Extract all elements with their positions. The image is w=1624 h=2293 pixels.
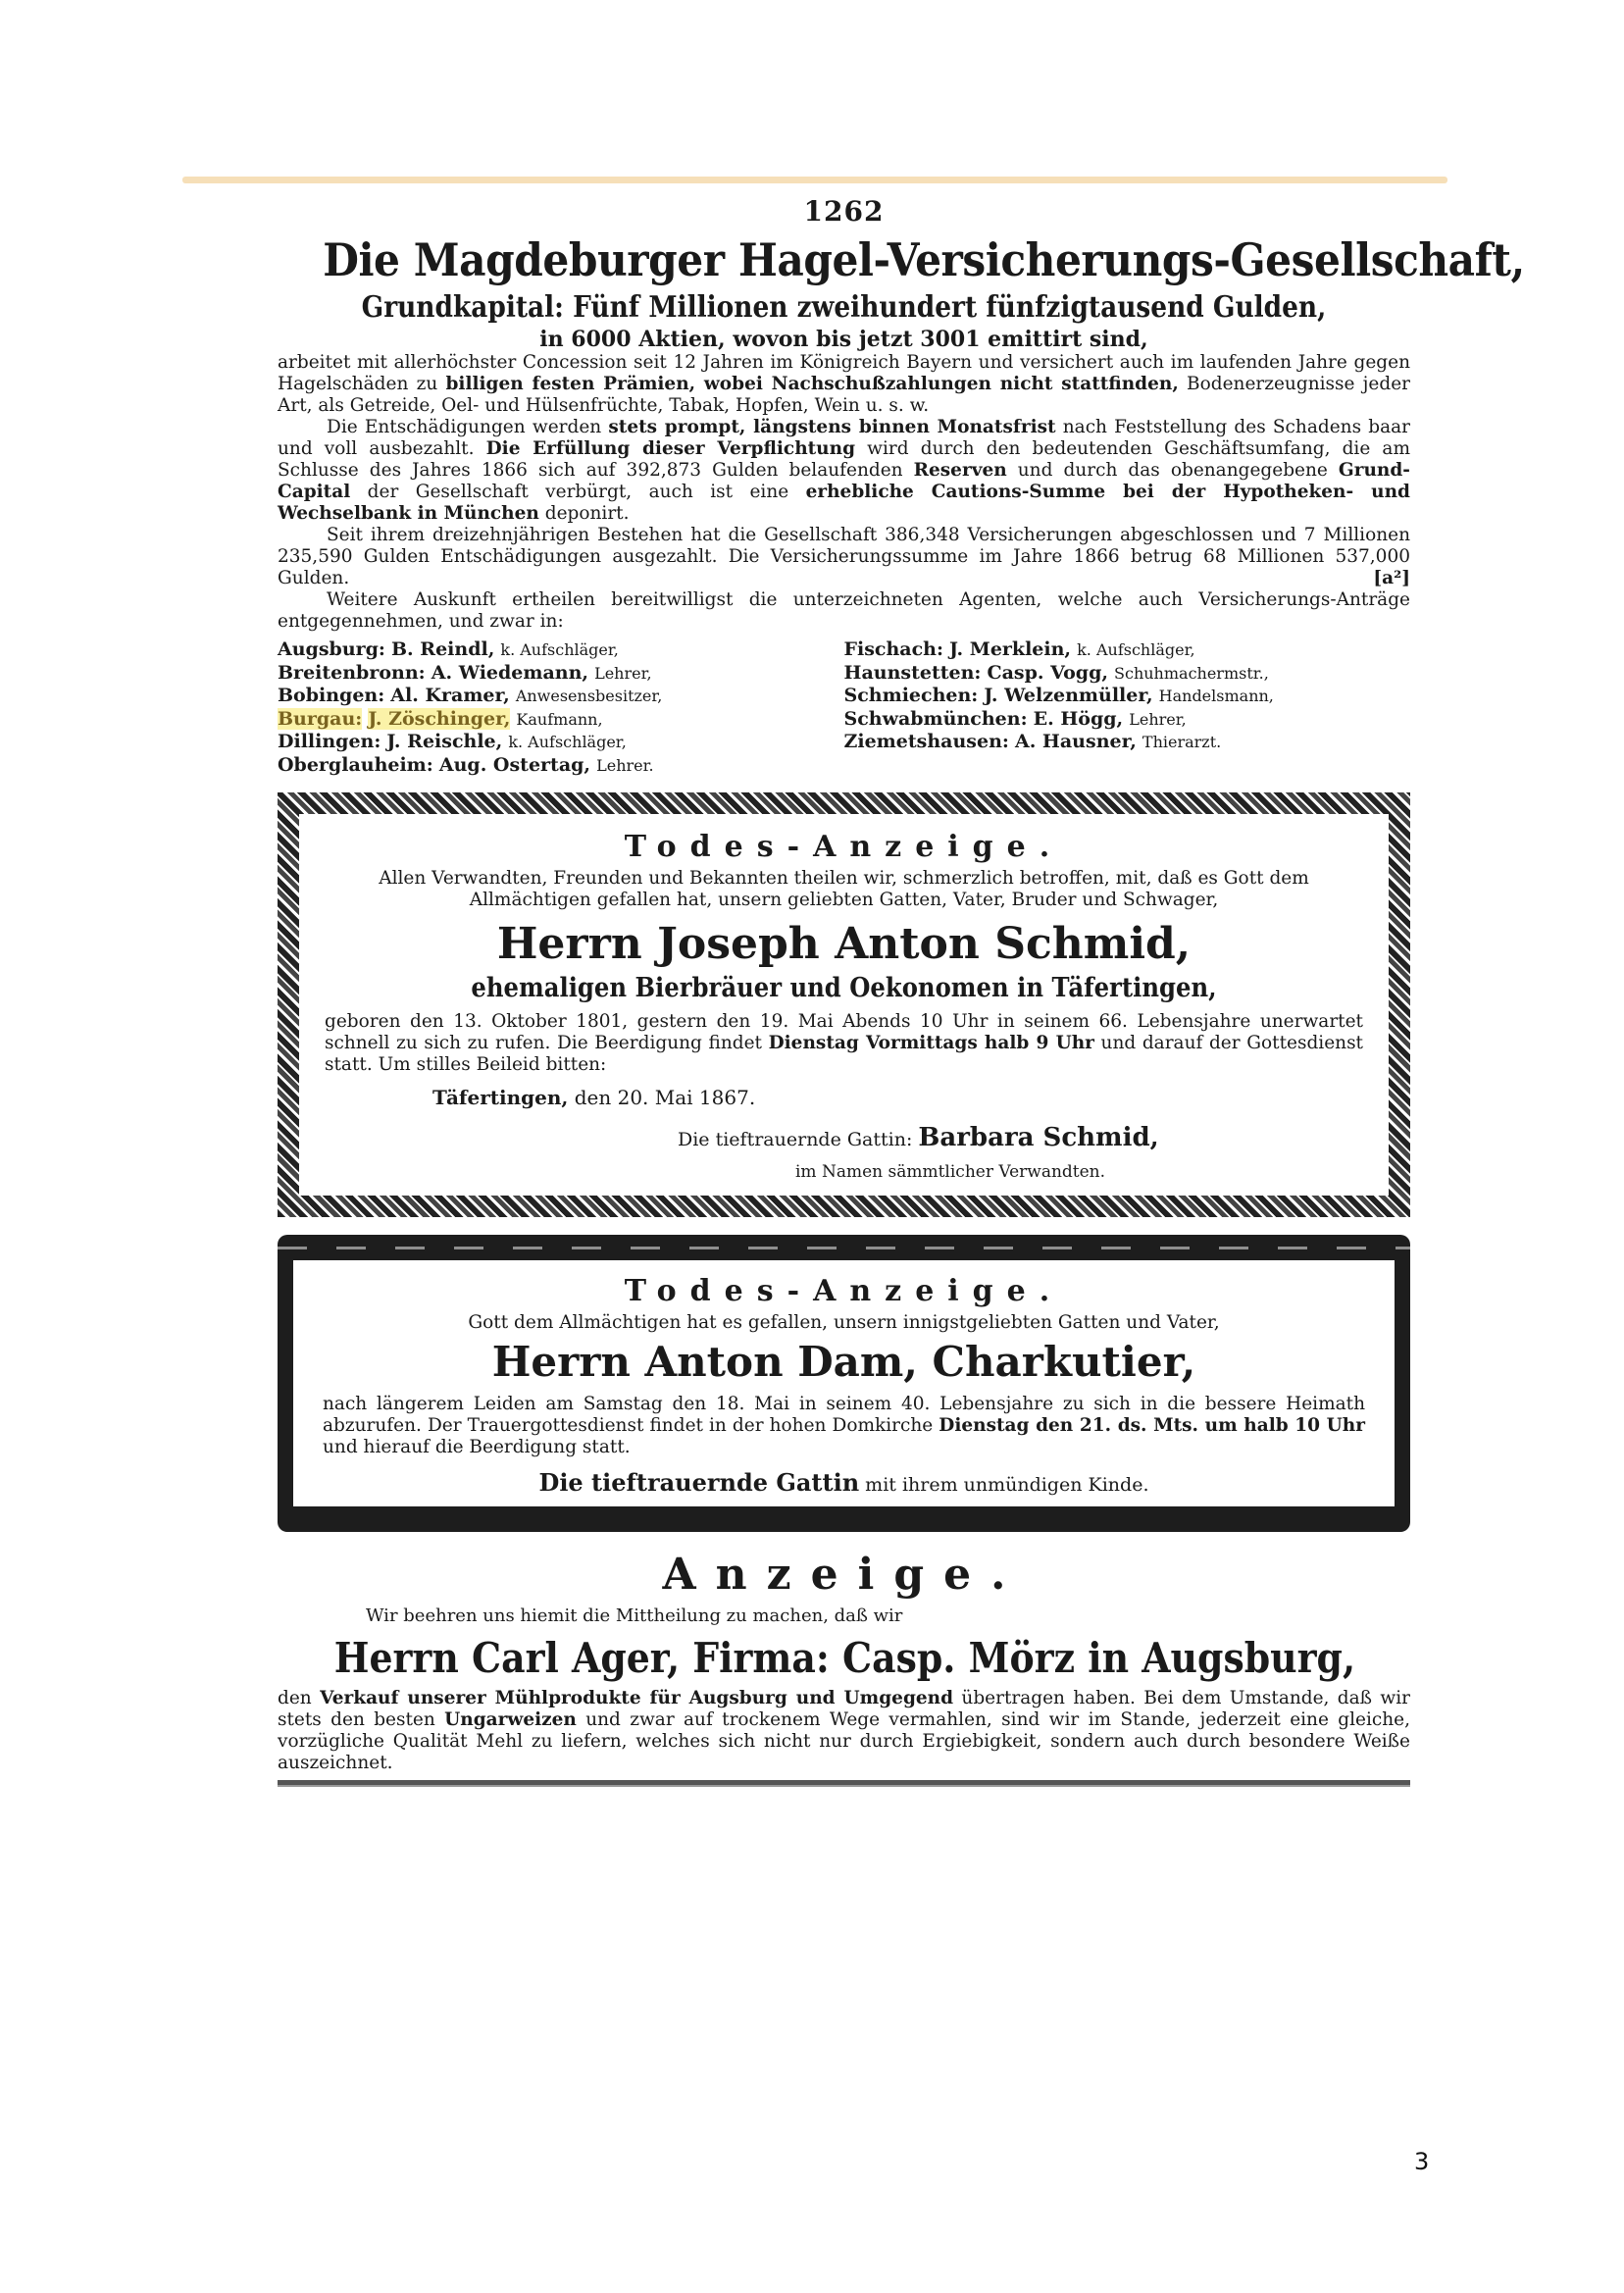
- text: und hierauf die Beerdigung statt.: [323, 1437, 631, 1457]
- agent-entry: Dillingen: J. Reischle, k. Aufschläger,: [278, 731, 844, 754]
- agent-entry: Fischach: J. Merklein, k. Aufschläger,: [844, 638, 1411, 662]
- text: Die Entschädigungen werden: [327, 417, 608, 437]
- announcement-name: Herrn Carl Ager, Firma: Casp. Mörz in Au…: [334, 1634, 1354, 1682]
- notice-place-date: Täfertingen, den 20. Mai 1867.: [432, 1086, 1363, 1109]
- agent-place: Schmiechen:: [844, 685, 979, 706]
- notice-signature: Die tieftrauernde Gattin: Barbara Schmid…: [678, 1123, 1363, 1152]
- emphasis: billigen festen Prämien, wobei Nachschuß…: [446, 374, 1179, 394]
- ad-paragraph-3: Seit ihrem dreizehnjährigen Bestehen hat…: [278, 525, 1410, 589]
- emphasis: Ungarweizen: [444, 1709, 577, 1730]
- place: Täfertingen,: [432, 1086, 568, 1109]
- death-notice-schmid: Todes-Anzeige. Allen Verwandten, Freunde…: [278, 792, 1410, 1217]
- notice-body: geboren den 13. Oktober 1801, gestern de…: [325, 1011, 1363, 1076]
- agent-place: Augsburg:: [278, 638, 385, 660]
- agent-role: Lehrer,: [1129, 710, 1187, 729]
- agent-role: k. Aufschläger,: [500, 640, 618, 659]
- agent-name: Al. Kramer,: [390, 685, 509, 706]
- deceased-name: Herrn Anton Dam, Charkutier,: [323, 1338, 1365, 1386]
- ad-capital: Grundkapital: Fünf Millionen zweihundert…: [345, 290, 1342, 325]
- agent-place: Haunstetten:: [844, 662, 982, 684]
- agent-role: Schuhmachermstr.,: [1114, 664, 1269, 683]
- agent-place: Bobingen:: [278, 685, 384, 706]
- agent-role: Kaufmann,: [516, 710, 602, 729]
- page-number: 3: [1414, 2148, 1429, 2175]
- agent-name: J. Merklein,: [949, 638, 1071, 660]
- notice-heading: Todes-Anzeige.: [325, 830, 1363, 864]
- agents-left-column: Augsburg: B. Reindl, k. Aufschläger, Bre…: [278, 638, 844, 777]
- agent-place: Schwabmünchen:: [844, 708, 1028, 730]
- ad-paragraph-4: Weitere Auskunft ertheilen bereitwilligs…: [278, 589, 1410, 633]
- date: den 20. Mai 1867.: [568, 1086, 755, 1109]
- agent-place: Fischach:: [844, 638, 944, 660]
- announcement: Anzeige. Wir beehren uns hiemit die Mitt…: [278, 1550, 1410, 1787]
- agent-name: Aug. Ostertag,: [439, 754, 590, 776]
- ad-paragraph-1: arbeitet mit allerhöchster Concession se…: [278, 352, 1410, 417]
- agent-entry-highlighted: Burgau: J. Zöschinger, Kaufmann,: [278, 708, 844, 732]
- emphasis: Die Erfüllung dieser Verpflichtung: [486, 438, 855, 459]
- agent-role: k. Aufschläger,: [508, 733, 626, 751]
- agent-role: Lehrer.: [596, 756, 654, 775]
- emphasis: Dienstag Vormittags halb 9 Uhr: [769, 1033, 1094, 1053]
- agent-entry: Oberglauheim: Aug. Ostertag, Lehrer.: [278, 754, 844, 778]
- clipping-page-number: 1262: [278, 195, 1410, 228]
- agent-place: Burgau:: [278, 708, 362, 730]
- ad-shares: in 6000 Aktien, wovon bis jetzt 3001 emi…: [278, 327, 1410, 352]
- agent-role: k. Aufschläger,: [1077, 640, 1194, 659]
- agent-place: Oberglauheim:: [278, 754, 433, 776]
- agent-name: J. Reischle,: [386, 731, 502, 752]
- notice-heading: Todes-Anzeige.: [323, 1274, 1365, 1308]
- announcement-intro: Wir beehren uns hiemit die Mittheilung z…: [366, 1605, 1410, 1626]
- emphasis: stets prompt, längstens binnen Monatsfri…: [608, 417, 1055, 437]
- death-notice-dam: Todes-Anzeige. Gott dem Allmächtigen hat…: [278, 1235, 1410, 1532]
- agent-entry: Bobingen: Al. Kramer, Anwesensbesitzer,: [278, 685, 844, 708]
- notice-intro: Allen Verwandten, Freunden und Bekannten…: [325, 868, 1363, 911]
- emphasis: Verkauf unserer Mühlprodukte für Augsbur…: [320, 1688, 953, 1708]
- text: der Gesellschaft verbürgt, auch ist eine: [350, 482, 805, 502]
- notice-relatives: im Namen sämmtlicher Verwandten.: [795, 1162, 1363, 1182]
- agent-role: Anwesensbesitzer,: [516, 687, 663, 705]
- deceased-occupation: ehemaligen Bierbräuer und Oekonomen in T…: [377, 973, 1311, 1003]
- emphasis: Dienstag den 21. ds. Mts. um halb 10 Uhr: [939, 1415, 1365, 1436]
- agent-entry: Breitenbronn: A. Wiedemann, Lehrer,: [278, 662, 844, 686]
- agent-entry: Haunstetten: Casp. Vogg, Schuhmachermstr…: [844, 662, 1411, 686]
- agent-place: Breitenbronn:: [278, 662, 426, 684]
- agent-entry: Ziemetshausen: A. Hausner, Thierarzt.: [844, 731, 1411, 754]
- top-highlight-rule: [182, 177, 1447, 183]
- ad-paragraph-2: Die Entschädigungen werden stets prompt,…: [278, 417, 1410, 525]
- agent-entry: Augsburg: B. Reindl, k. Aufschläger,: [278, 638, 844, 662]
- agent-entry: Schwabmünchen: E. Högg, Lehrer,: [844, 708, 1411, 732]
- agents-list: Augsburg: B. Reindl, k. Aufschläger, Bre…: [278, 638, 1410, 777]
- agent-name: J. Welzenmüller,: [984, 685, 1152, 706]
- reference-mark: [a²]: [1324, 568, 1410, 589]
- clipping-bottom-rule: [278, 1780, 1410, 1787]
- text: und durch das obenangegebene: [1007, 460, 1339, 481]
- announcement-body: den Verkauf unserer Mühlprodukte für Aug…: [278, 1688, 1410, 1774]
- text: Seit ihrem dreizehnjährigen Bestehen hat…: [278, 525, 1410, 588]
- newspaper-clipping: 1262 Die Magdeburger Hagel-Versicherungs…: [278, 191, 1410, 1787]
- agent-name: E. Högg,: [1034, 708, 1124, 730]
- agent-place: Ziemetshausen:: [844, 731, 1009, 752]
- closing-bold: Die tieftrauernde Gattin: [539, 1468, 860, 1497]
- text: deponirt.: [539, 503, 630, 524]
- insurance-advertisement: Die Magdeburger Hagel-Versicherungs-Gese…: [278, 233, 1410, 777]
- agent-place: Dillingen:: [278, 731, 381, 752]
- closing-text: mit ihrem unmündigen Kinde.: [859, 1474, 1148, 1496]
- announcement-heading: Anzeige.: [278, 1550, 1410, 1600]
- notice-body: nach längerem Leiden am Samstag den 18. …: [323, 1394, 1365, 1458]
- agents-right-column: Fischach: J. Merklein, k. Aufschläger, H…: [844, 638, 1411, 777]
- agent-name: J. Zöschinger,: [368, 708, 510, 730]
- notice-intro: Gott dem Allmächtigen hat es gefallen, u…: [323, 1312, 1365, 1334]
- agent-role: Handelsmann,: [1159, 687, 1274, 705]
- signature-label: Die tieftrauernde Gattin:: [678, 1129, 918, 1150]
- agent-role: Thierarzt.: [1142, 733, 1221, 751]
- ad-title: Die Magdeburger Hagel-Versicherungs-Gese…: [323, 233, 1365, 286]
- widow-name: Barbara Schmid,: [918, 1123, 1158, 1152]
- text: den: [278, 1688, 320, 1708]
- emphasis: Reserven: [914, 460, 1007, 481]
- agent-name: A. Hausner,: [1015, 731, 1137, 752]
- deceased-name: Herrn Joseph Anton Schmid,: [325, 919, 1363, 969]
- agent-name: B. Reindl,: [391, 638, 494, 660]
- agent-name: A. Wiedemann,: [431, 662, 588, 684]
- agent-entry: Schmiechen: J. Welzenmüller, Handelsmann…: [844, 685, 1411, 708]
- agent-name: Casp. Vogg,: [987, 662, 1108, 684]
- notice-closing: Die tieftrauernde Gattin mit ihrem unmün…: [323, 1468, 1365, 1497]
- agent-role: Lehrer,: [594, 664, 652, 683]
